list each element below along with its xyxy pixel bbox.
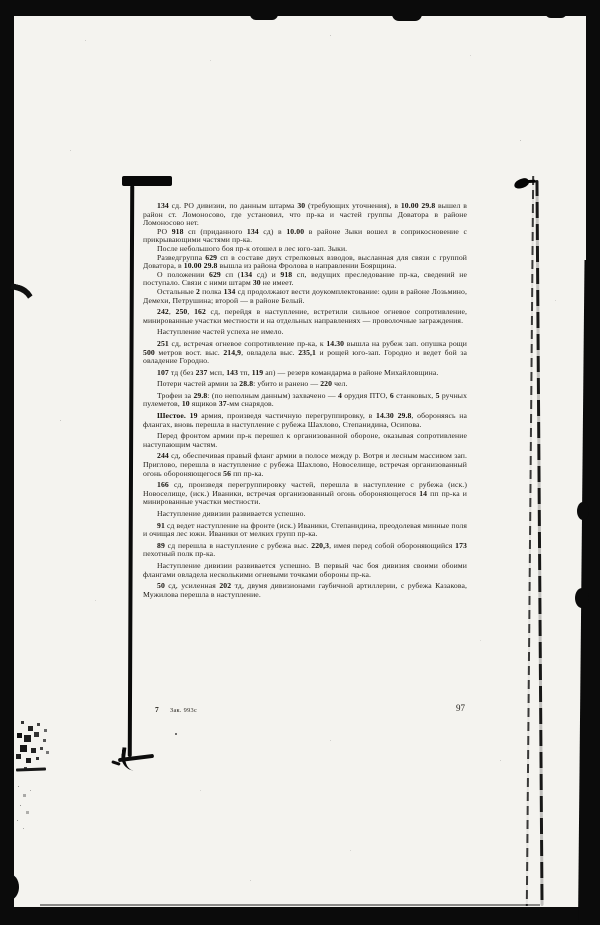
binding-mark-horizontal [122,176,172,186]
scan-edge-bottom [0,907,600,925]
paragraph: РО 918 сп (приданного 134 сд) в 10.00 в … [143,228,467,245]
scan-edge-right [586,0,600,925]
paragraph: Перед фронтом армии пр-к перешел к орган… [143,432,467,449]
paragraph: Разведгруппа 629 сп в составе двух стрел… [143,254,467,271]
page-number: 97 [456,703,465,713]
paragraph: 251 сд, встречая огневое сопротивление п… [143,340,467,366]
scan-edge-blob [0,874,19,900]
scan-edge-bump [577,502,589,520]
ink-dash-mark [16,767,46,771]
scan-edge-bump [575,588,589,608]
paragraph: 50 сд, усиленная 202 тд, двумя дивизиона… [143,582,467,599]
gutter-shadow-line [535,180,543,906]
paragraph: Шестое. 19 армия, произведя частичную пе… [143,412,467,429]
stray-dot [175,733,177,735]
page-footer: 7 Зак. 993с 97 [143,705,467,717]
scanned-page: 134 сд. РО дивизии, по данным штарма 30 … [0,0,600,925]
paragraph: 89 сд перешла в наступление с рубежа выс… [143,542,467,559]
paragraph: Наступление дивизии развивается успешно.… [143,562,467,579]
ink-blot [513,177,530,190]
paragraph: Наступление дивизии развивается успешно. [143,510,467,519]
paragraph: Потери частей армии за 28.8: убито и ран… [143,380,467,389]
scan-edge-bump [392,14,422,21]
paragraph: 91 сд ведет наступление на фронте (иск.)… [143,522,467,539]
scan-edge-left [0,0,14,925]
binding-mark-vertical [128,185,134,757]
paragraph: Наступление частей успеха не имело. [143,328,467,337]
scan-edge-top [0,0,600,16]
paragraph: 134 сд. РО дивизии, по данным штарма 30 … [143,202,467,228]
paragraph: О положении 629 сп (134 сд) и 918 сп, ве… [143,271,467,288]
paragraph: 166 сд, произведя перегруппировку частей… [143,481,467,507]
paragraph: Остальные 2 полка 134 сд продолжают вест… [143,288,467,305]
paragraph: 107 тд (без 237 мсп, 143 тп, 119 ап) — р… [143,369,467,378]
gutter-shadow-line [526,176,534,906]
print-signature: 7 [155,705,159,714]
paragraph: 244 сд, обеспечивая правый фланг армии в… [143,452,467,478]
ink-speckles [0,0,1,1]
document-text: 134 сд. РО дивизии, по данным штарма 30 … [143,202,467,599]
print-note: Зак. 993с [170,707,197,714]
paragraph: 242, 250, 162 сд, перейдя в наступление,… [143,308,467,325]
paragraph: Трофеи за 29.8: (по неполным данным) зах… [143,392,467,409]
scan-edge-bump [545,12,567,18]
scan-edge-bump [250,14,278,20]
